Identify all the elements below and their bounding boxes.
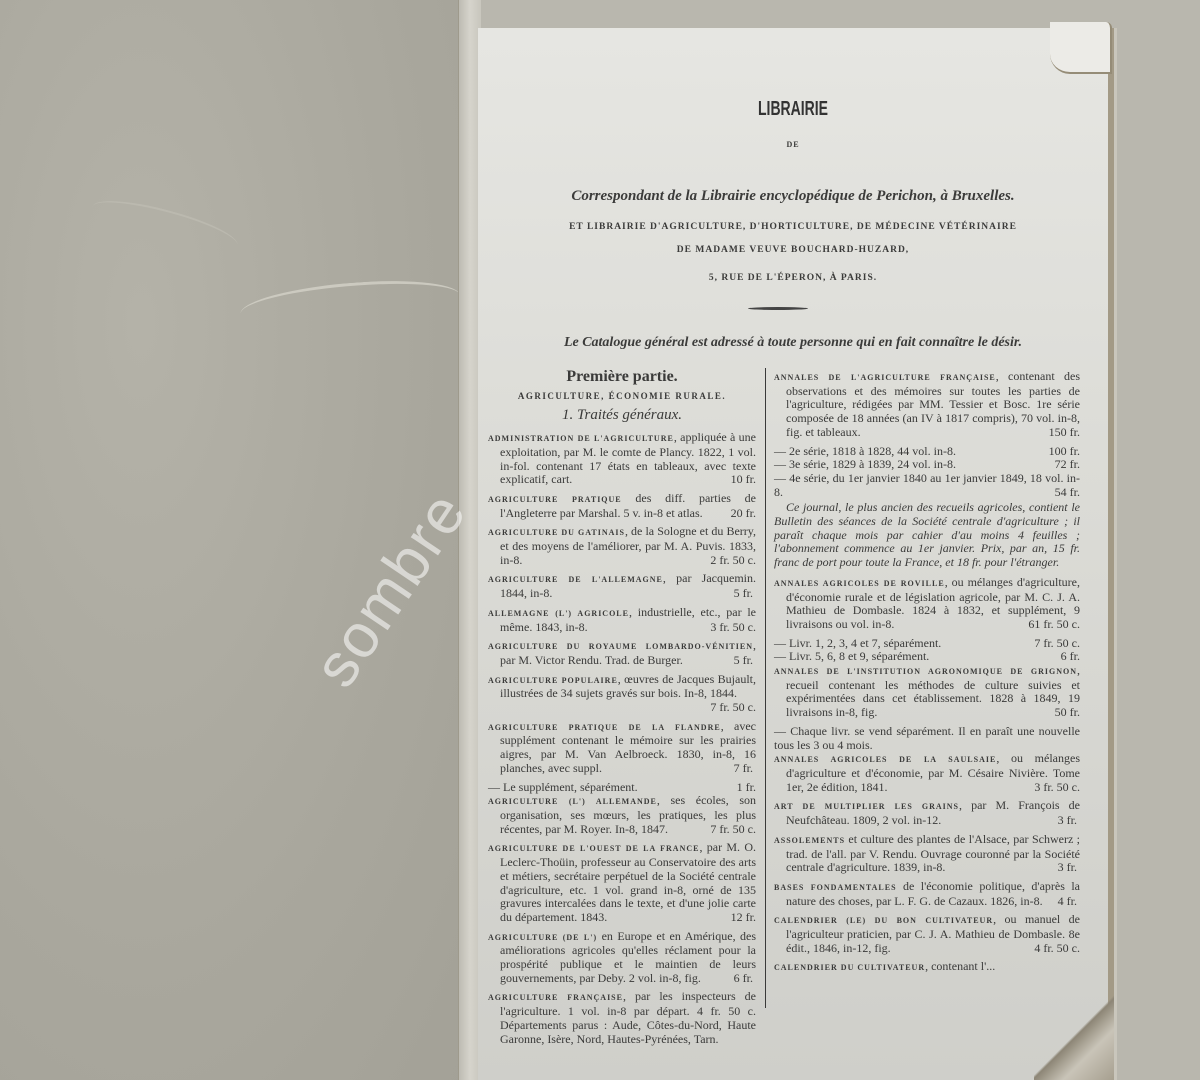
entry-price: 4 fr. 50 c. bbox=[1046, 942, 1080, 956]
catalogue-entry: Bases fondamentales de l'économie politi… bbox=[774, 880, 1080, 908]
entry-price: 6 fr. bbox=[746, 972, 756, 986]
entry-price: 5 fr. bbox=[746, 654, 756, 668]
catalogue-entry: — 4e série, du 1er janvier 1840 au 1er j… bbox=[774, 472, 1080, 499]
catalogue-entry: Art de multiplier les grains, par M. Fra… bbox=[774, 799, 1080, 827]
catalogue-notice: Le Catalogue général est adressé à toute… bbox=[478, 335, 1108, 351]
journal-note: Ce journal, le plus ancien des recueils … bbox=[774, 501, 1080, 570]
entry-title: Calendrier (le) du bon cultivateur bbox=[774, 916, 993, 925]
entry-text: , contenant l'... bbox=[925, 959, 995, 973]
correspondant-line: Correspondant de la Librairie encyclopéd… bbox=[478, 188, 1108, 205]
catalogue-entry: Calendrier (le) du bon cultivateur, ou m… bbox=[774, 913, 1080, 955]
publisher-line: DE MADAME VEUVE BOUCHARD-HUZARD, bbox=[478, 245, 1108, 255]
title-de: DE bbox=[478, 140, 1108, 149]
entry-price: 3 fr. 50 c. bbox=[722, 621, 756, 635]
entry-price: 10 fr. bbox=[743, 473, 756, 487]
catalogue-entry: Annales de l'agriculture française, cont… bbox=[774, 370, 1080, 440]
entry-title: Agriculture pratique bbox=[488, 495, 622, 504]
catalogue-entry: Agriculture du royaume Lombardo-Vénitien… bbox=[488, 639, 756, 667]
address-line: 5, RUE DE L'ÉPERON, À PARIS. bbox=[478, 273, 1108, 283]
entry-price: 100 fr. bbox=[1049, 445, 1080, 459]
entry-text: — 2e série, 1818 à 1828, 44 vol. in-8. bbox=[774, 444, 956, 458]
entry-price: 6 fr. bbox=[1061, 650, 1080, 664]
catalogue-entry: Agriculture française, par les inspecteu… bbox=[488, 990, 756, 1046]
catalogue-entry: Agriculture (l') allemande, ses écoles, … bbox=[488, 794, 756, 836]
entry-text: — Le supplément, séparément. bbox=[488, 780, 638, 794]
ornament-rule bbox=[748, 307, 808, 310]
entry-price: 7 fr. 50 c. bbox=[722, 701, 756, 715]
catalogue-entry: — Livr. 1, 2, 3, 4 et 7, séparément.7 fr… bbox=[774, 637, 1080, 651]
page-title: LIBRAIRIE bbox=[573, 98, 1014, 121]
entry-price: 20 fr. bbox=[743, 507, 756, 521]
entry-title: Agriculture française bbox=[488, 993, 623, 1002]
catalogue-entry: Administration de l'agriculture, appliqu… bbox=[488, 431, 756, 487]
entry-price: 2 fr. 50 c. bbox=[722, 554, 756, 568]
catalogue-entry: Agriculture du Gatinais, de la Sologne e… bbox=[488, 525, 756, 567]
entry-title: Annales agricoles de la Saulsaie bbox=[774, 755, 996, 764]
entry-text: — 4e série, du 1er janvier 1840 au 1er j… bbox=[774, 471, 1080, 499]
entry-title: Agriculture populaire bbox=[488, 676, 618, 685]
catalogue-entry: — 2e série, 1818 à 1828, 44 vol. in-8.10… bbox=[774, 445, 1080, 459]
librairie-line: ET LIBRAIRIE D'AGRICULTURE, D'HORTICULTU… bbox=[478, 222, 1108, 232]
entry-title: Art de multiplier les grains bbox=[774, 802, 959, 811]
right-column: Annales de l'agriculture française, cont… bbox=[774, 370, 1080, 980]
entry-title: Agriculture du royaume Lombardo-Vénitien bbox=[488, 642, 753, 651]
entry-title: Annales de l'agriculture française bbox=[774, 373, 996, 382]
entry-price: 12 fr. bbox=[743, 911, 756, 925]
entry-price: 50 fr. bbox=[1067, 706, 1080, 720]
catalogue-entry: — Le supplément, séparément.1 fr. bbox=[488, 781, 756, 795]
entry-price: 5 fr. bbox=[746, 587, 756, 601]
catalogue-entry: Agriculture (de l') en Europe et en Amér… bbox=[488, 930, 756, 986]
entry-price: 4 fr. bbox=[1070, 895, 1080, 909]
entry-price: 7 fr. 50 c. bbox=[722, 823, 756, 837]
paper-crease bbox=[239, 275, 461, 333]
dog-ear-corner bbox=[1050, 22, 1112, 74]
entry-title: Annales de l'Institution agronomique de … bbox=[774, 667, 1077, 676]
catalogue-entry: Annales agricoles de Roville, ou mélange… bbox=[774, 576, 1080, 632]
entry-price: 61 fr. 50 c. bbox=[1040, 618, 1080, 632]
entry-title: Calendrier du cultivateur bbox=[774, 963, 925, 972]
catalogue-entry: Agriculture populaire, œuvres de Jacques… bbox=[488, 673, 756, 715]
catalogue-entry: Calendrier du cultivateur, contenant l'.… bbox=[774, 960, 1080, 975]
entry-list: Annales agricoles de Roville, ou mélange… bbox=[774, 576, 1080, 975]
entry-price: 150 fr. bbox=[1061, 426, 1080, 440]
entry-price: 54 fr. bbox=[1055, 486, 1080, 500]
catalogue-entry: Agriculture pratique des diff. parties d… bbox=[488, 492, 756, 520]
entry-text: — 3e série, 1829 à 1839, 24 vol. in-8. bbox=[774, 457, 956, 471]
curled-corner bbox=[1034, 990, 1114, 1080]
catalogue-entry: Assolements et culture des plantes de l'… bbox=[774, 833, 1080, 875]
entry-list: Annales de l'agriculture française, cont… bbox=[774, 370, 1080, 499]
entry-title: Agriculture (l') allemande bbox=[488, 797, 657, 806]
catalogue-page: LIBRAIRIE DE Correspondant de la Librair… bbox=[478, 28, 1108, 1080]
entry-title: Agriculture de l'Allemagne bbox=[488, 575, 663, 584]
left-column: Première partie. AGRICULTURE, ÉCONOMIE R… bbox=[488, 370, 756, 1051]
entry-title: Agriculture du Gatinais bbox=[488, 528, 625, 537]
entry-price: 7 fr. bbox=[746, 762, 756, 776]
entry-price: 1 fr. bbox=[737, 781, 756, 795]
entry-text: — Livr. 5, 6, 8 et 9, séparément. bbox=[774, 649, 929, 663]
entry-list: Administration de l'agriculture, appliqu… bbox=[488, 431, 756, 1046]
catalogue-entry: Agriculture de l'ouest de la France, par… bbox=[488, 841, 756, 924]
catalogue-entry: Annales agricoles de la Saulsaie, ou mél… bbox=[774, 752, 1080, 794]
catalogue-entry: — Chaque livr. se vend séparément. Il en… bbox=[774, 725, 1080, 752]
part-subtitle: AGRICULTURE, ÉCONOMIE RURALE. bbox=[488, 390, 756, 404]
entry-price: 3 fr. bbox=[1070, 861, 1080, 875]
entry-title: Annales agricoles de Roville bbox=[774, 579, 945, 588]
catalogue-entry: — Livr. 5, 6, 8 et 9, séparément.6 fr. bbox=[774, 650, 1080, 664]
entry-price: 72 fr. bbox=[1055, 458, 1080, 472]
entry-price: 7 fr. 50 c. bbox=[1034, 637, 1080, 651]
entry-title: Assolements bbox=[774, 836, 845, 845]
catalogue-entry: Annales de l'Institution agronomique de … bbox=[774, 664, 1080, 720]
part-title: Première partie. bbox=[488, 370, 756, 384]
catalogue-entry: Agriculture pratique de la Flandre, avec… bbox=[488, 720, 756, 776]
entry-title: Agriculture pratique de la Flandre bbox=[488, 723, 721, 732]
entry-title: Allemagne (l') agricole bbox=[488, 609, 629, 618]
entry-title: Agriculture de l'ouest de la France bbox=[488, 844, 699, 853]
catalogue-entry: Allemagne (l') agricole, industrielle, e… bbox=[488, 606, 756, 634]
section-heading: 1. Traités généraux. bbox=[488, 409, 756, 423]
entry-text: — Livr. 1, 2, 3, 4 et 7, séparément. bbox=[774, 636, 941, 650]
column-divider bbox=[765, 368, 766, 1008]
entry-title: Administration de l'agriculture bbox=[488, 434, 674, 443]
catalogue-entry: — 3e série, 1829 à 1839, 24 vol. in-8.72… bbox=[774, 458, 1080, 472]
entry-price: 3 fr. 50 c. bbox=[1046, 781, 1080, 795]
entry-price: 3 fr. bbox=[1070, 814, 1080, 828]
entry-title: Agriculture (de l') bbox=[488, 933, 597, 942]
paper-crease bbox=[88, 191, 241, 261]
catalogue-entry: Agriculture de l'Allemagne, par Jacquemi… bbox=[488, 572, 756, 600]
entry-title: Bases fondamentales bbox=[774, 883, 897, 892]
entry-text: — Chaque livr. se vend séparément. Il en… bbox=[774, 724, 1080, 752]
